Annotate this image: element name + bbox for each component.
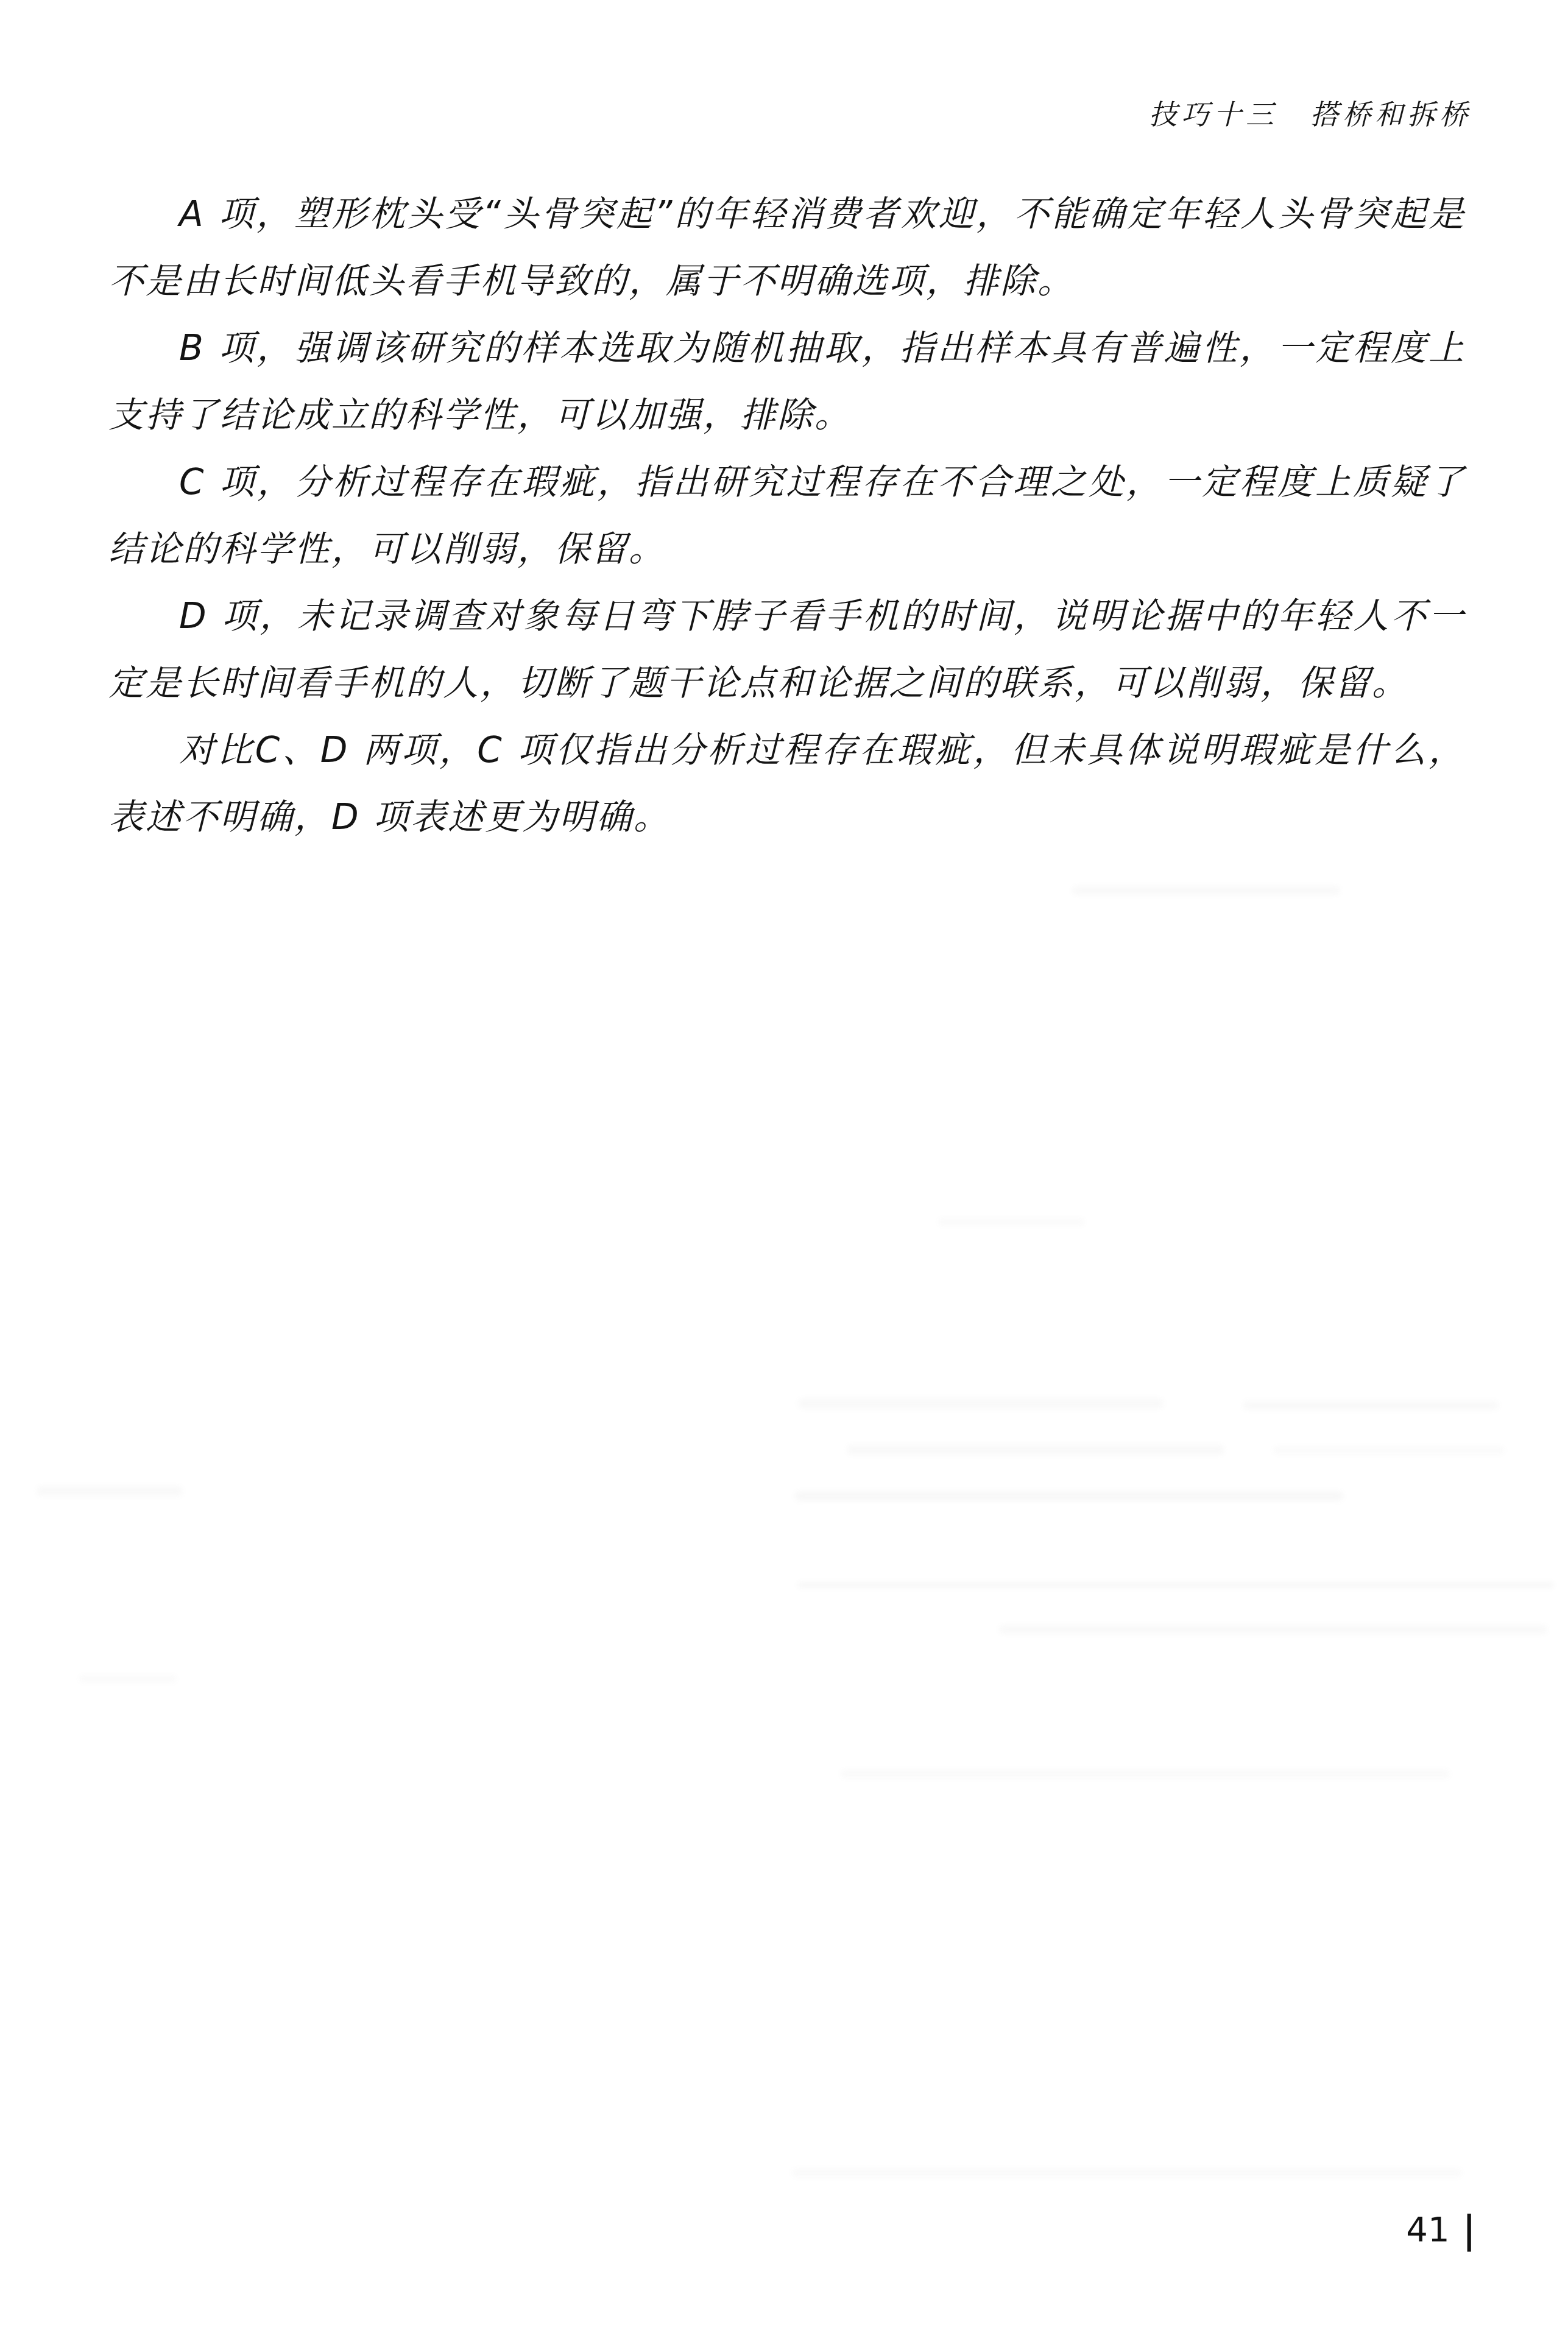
scan-artifact (798, 1399, 1164, 1408)
paragraph-option-d: D 项，未记录调查对象每日弯下脖子看手机的时间，说明论据中的年轻人不一定是长时间… (108, 582, 1466, 716)
scan-artifact (999, 1625, 1547, 1634)
scan-artifact (792, 2169, 1462, 2177)
scan-artifact (79, 1675, 177, 1682)
running-head-title: 技巧十三 搭桥和拆桥 (1149, 93, 1472, 133)
document-page: 技巧十三 搭桥和拆桥 A 项，塑形枕头受“头骨突起”的年轻消费者欢迎，不能确定年… (0, 0, 1568, 2344)
scan-artifact (37, 1486, 183, 1496)
paragraph-option-a: A 项，塑形枕头受“头骨突起”的年轻消费者欢迎，不能确定年轻人头骨突起是不是由长… (108, 180, 1466, 314)
paragraph-comparison: 对比C、D 两项，C 项仅指出分析过程存在瑕疵，但未具体说明瑕疵是什么，表述不明… (108, 716, 1466, 850)
scan-artifact (847, 1445, 1224, 1455)
paragraph-option-b: B 项，强调该研究的样本选取为随机抽取，指出样本具有普遍性，一定程度上支持了结论… (108, 314, 1466, 448)
scan-artifact (1072, 886, 1340, 895)
scan-artifact (798, 1583, 1553, 1587)
page-number-divider: | (1463, 2208, 1475, 2252)
answer-explanation-block: A 项，塑形枕头受“头骨突起”的年轻消费者欢迎，不能确定年轻人头骨突起是不是由长… (108, 180, 1466, 850)
page-number: 41 | (1406, 2210, 1475, 2250)
scan-artifact (1243, 1401, 1499, 1410)
scan-artifact (795, 1491, 1343, 1501)
scan-artifact (1273, 1447, 1505, 1454)
page-number-value: 41 (1406, 2210, 1449, 2250)
scan-artifact (841, 1770, 1450, 1778)
paragraph-option-c: C 项，分析过程存在瑕疵，指出研究过程存在不合理之处，一定程度上质疑了结论的科学… (108, 448, 1466, 582)
scan-artifact (938, 1218, 1084, 1226)
